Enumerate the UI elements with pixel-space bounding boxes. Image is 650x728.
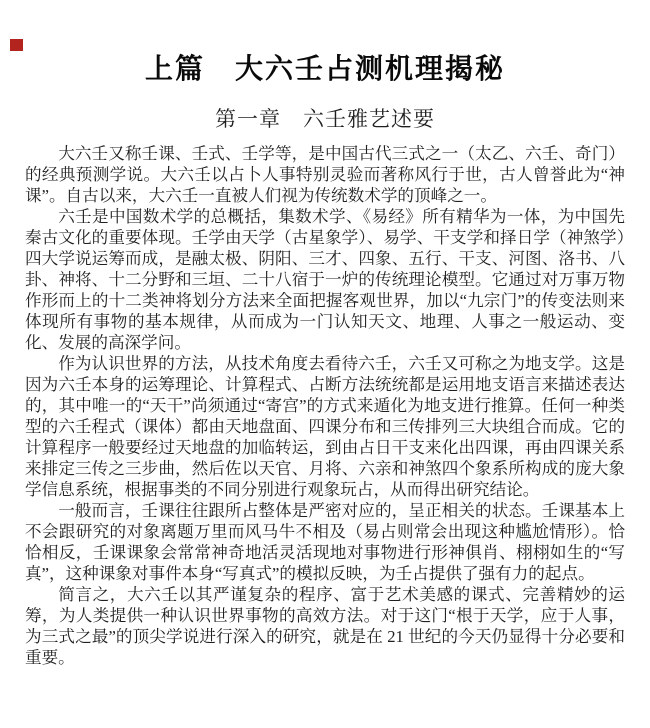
paragraph-1: 大六壬又称壬课、壬式、壬学等，是中国古代三式之一（太乙、六壬、奇门）的经典预测学… — [25, 143, 625, 206]
body-text-block: 大六壬又称壬课、壬式、壬学等，是中国古代三式之一（太乙、六壬、奇门）的经典预测学… — [25, 143, 625, 668]
page-title: 上篇 大六壬占测机理揭秘 — [0, 0, 650, 84]
paragraph-5: 简言之，大六壬以其严谨复杂的程序、富于艺术美感的课式、完善精妙的运筹，为人类提供… — [25, 584, 625, 668]
chapter-heading: 第一章 六壬雅艺述要 — [0, 108, 650, 131]
paragraph-2: 六壬是中国数术学的总概括，集数术学、《易经》所有精华为一体，为中国先秦古文化的重… — [25, 206, 625, 353]
red-bookmark-marker — [10, 39, 23, 51]
paragraph-3: 作为认识世界的方法，从技术角度去看待六壬，六壬又可称之为地支学。这是因为六壬本身… — [25, 353, 625, 500]
scanned-book-page: 上篇 大六壬占测机理揭秘 第一章 六壬雅艺述要 大六壬又称壬课、壬式、壬学等，是… — [0, 0, 650, 728]
paragraph-4: 一般而言，壬课往往跟所占整体是严密对应的，呈正相关的状态。壬课基本上不会跟研究的… — [25, 500, 625, 584]
